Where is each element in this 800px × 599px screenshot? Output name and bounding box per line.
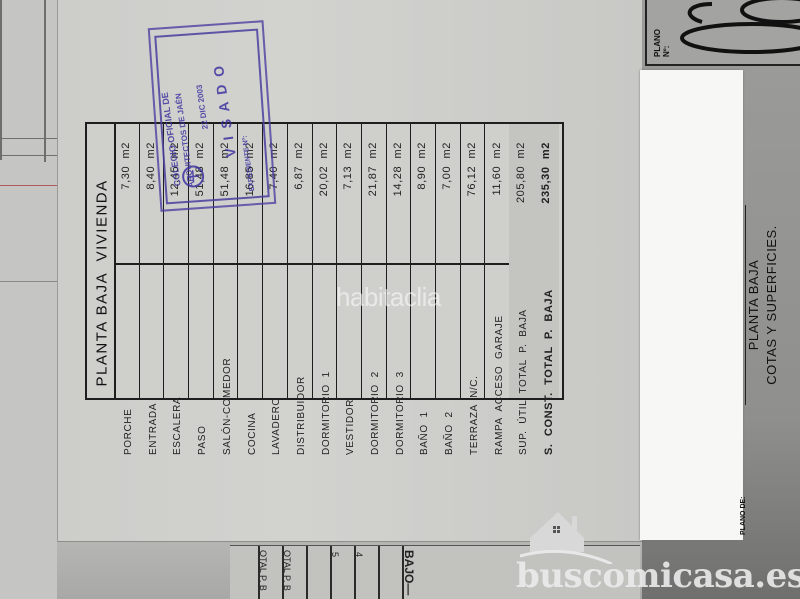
adjacent-sheet-left <box>0 0 57 599</box>
redacted-block <box>640 70 743 540</box>
room-area: 14,28 m2 <box>386 134 410 254</box>
stamp-visado: V I S A D O <box>210 63 239 158</box>
habitaclia-watermark: habitaclia <box>336 282 441 313</box>
table-row: VESTIDOR7,13 m2 <box>336 124 362 398</box>
room-area: 7,00 m2 <box>435 134 459 254</box>
room-area: 21,87 m2 <box>361 134 385 254</box>
stamp-emblem-icon <box>179 163 207 191</box>
fragment-5: BAJO— <box>402 550 416 595</box>
room-area: 7,13 m2 <box>336 134 360 254</box>
table-row: SUP. ÚTIL TOTAL P. BAJA205,80 m2 <box>509 124 535 398</box>
plano-de-label: PLANO DE: <box>740 485 750 535</box>
stamp-date: 22 DIC 2003 <box>195 84 210 130</box>
plano-label: PLANO Nº: <box>653 17 667 57</box>
table-row: DORMITORIO 314,28 m2 <box>386 124 412 398</box>
plan-title-line1: PLANTA BAJA <box>745 215 763 395</box>
buscomicasa-watermark: buscomicasa.es <box>516 556 800 596</box>
room-area: 11,60 m2 <box>485 134 509 254</box>
table-row: S. CONST. TOTAL P. BAJA235,30 m2 <box>534 124 559 398</box>
table-row: BAÑO 18,90 m2 <box>410 124 436 398</box>
room-area: 235,30 m2 <box>534 134 558 254</box>
room-area: 76,12 m2 <box>460 134 484 254</box>
table-row: PORCHE7,30 m2 <box>114 124 140 398</box>
table-row: DORMITORIO 120,02 m2 <box>312 124 338 398</box>
room-area: 20,02 m2 <box>312 134 336 254</box>
visado-stamp: COLEGIO OFICIAL DE ARQUITECTOS DE JAÉN 2… <box>154 29 270 205</box>
stamp-expediente: EXPEDIENTE Nº: <box>242 135 257 192</box>
plano-number-glyphs <box>672 0 800 64</box>
room-area: 8,90 m2 <box>410 134 434 254</box>
table-row: RAMPA ACCESO GARAJE11,60 m2 <box>485 124 511 398</box>
table-row: TERRAZA N/C.76,12 m2 <box>460 124 486 398</box>
table-row: DISTRIBUIDOR6,87 m2 <box>287 124 313 398</box>
room-area: 205,80 m2 <box>509 134 533 254</box>
table-row: DORMITORIO 221,87 m2 <box>361 124 387 398</box>
table-title: PLANTA BAJA VIVIENDA <box>89 123 116 397</box>
room-area: 6,87 m2 <box>287 134 311 254</box>
plan-title-line2: COTAS Y SUPERFICIES. <box>763 215 781 395</box>
red-guide-line <box>0 185 57 186</box>
table-row: BAÑO 27,00 m2 <box>435 124 461 398</box>
room-area: 7,30 m2 <box>114 134 138 254</box>
fragment-4: 4 <box>354 552 364 557</box>
fragment-1: OTAL P. B <box>282 550 292 591</box>
fragment-2: OTAL P. B <box>258 550 268 591</box>
fragment-3: 5 <box>330 552 340 557</box>
plan-title: PLANTA BAJA COTAS Y SUPERFICIES. <box>745 215 795 395</box>
table-header: PLANTA BAJA VIVIENDA <box>87 124 116 398</box>
